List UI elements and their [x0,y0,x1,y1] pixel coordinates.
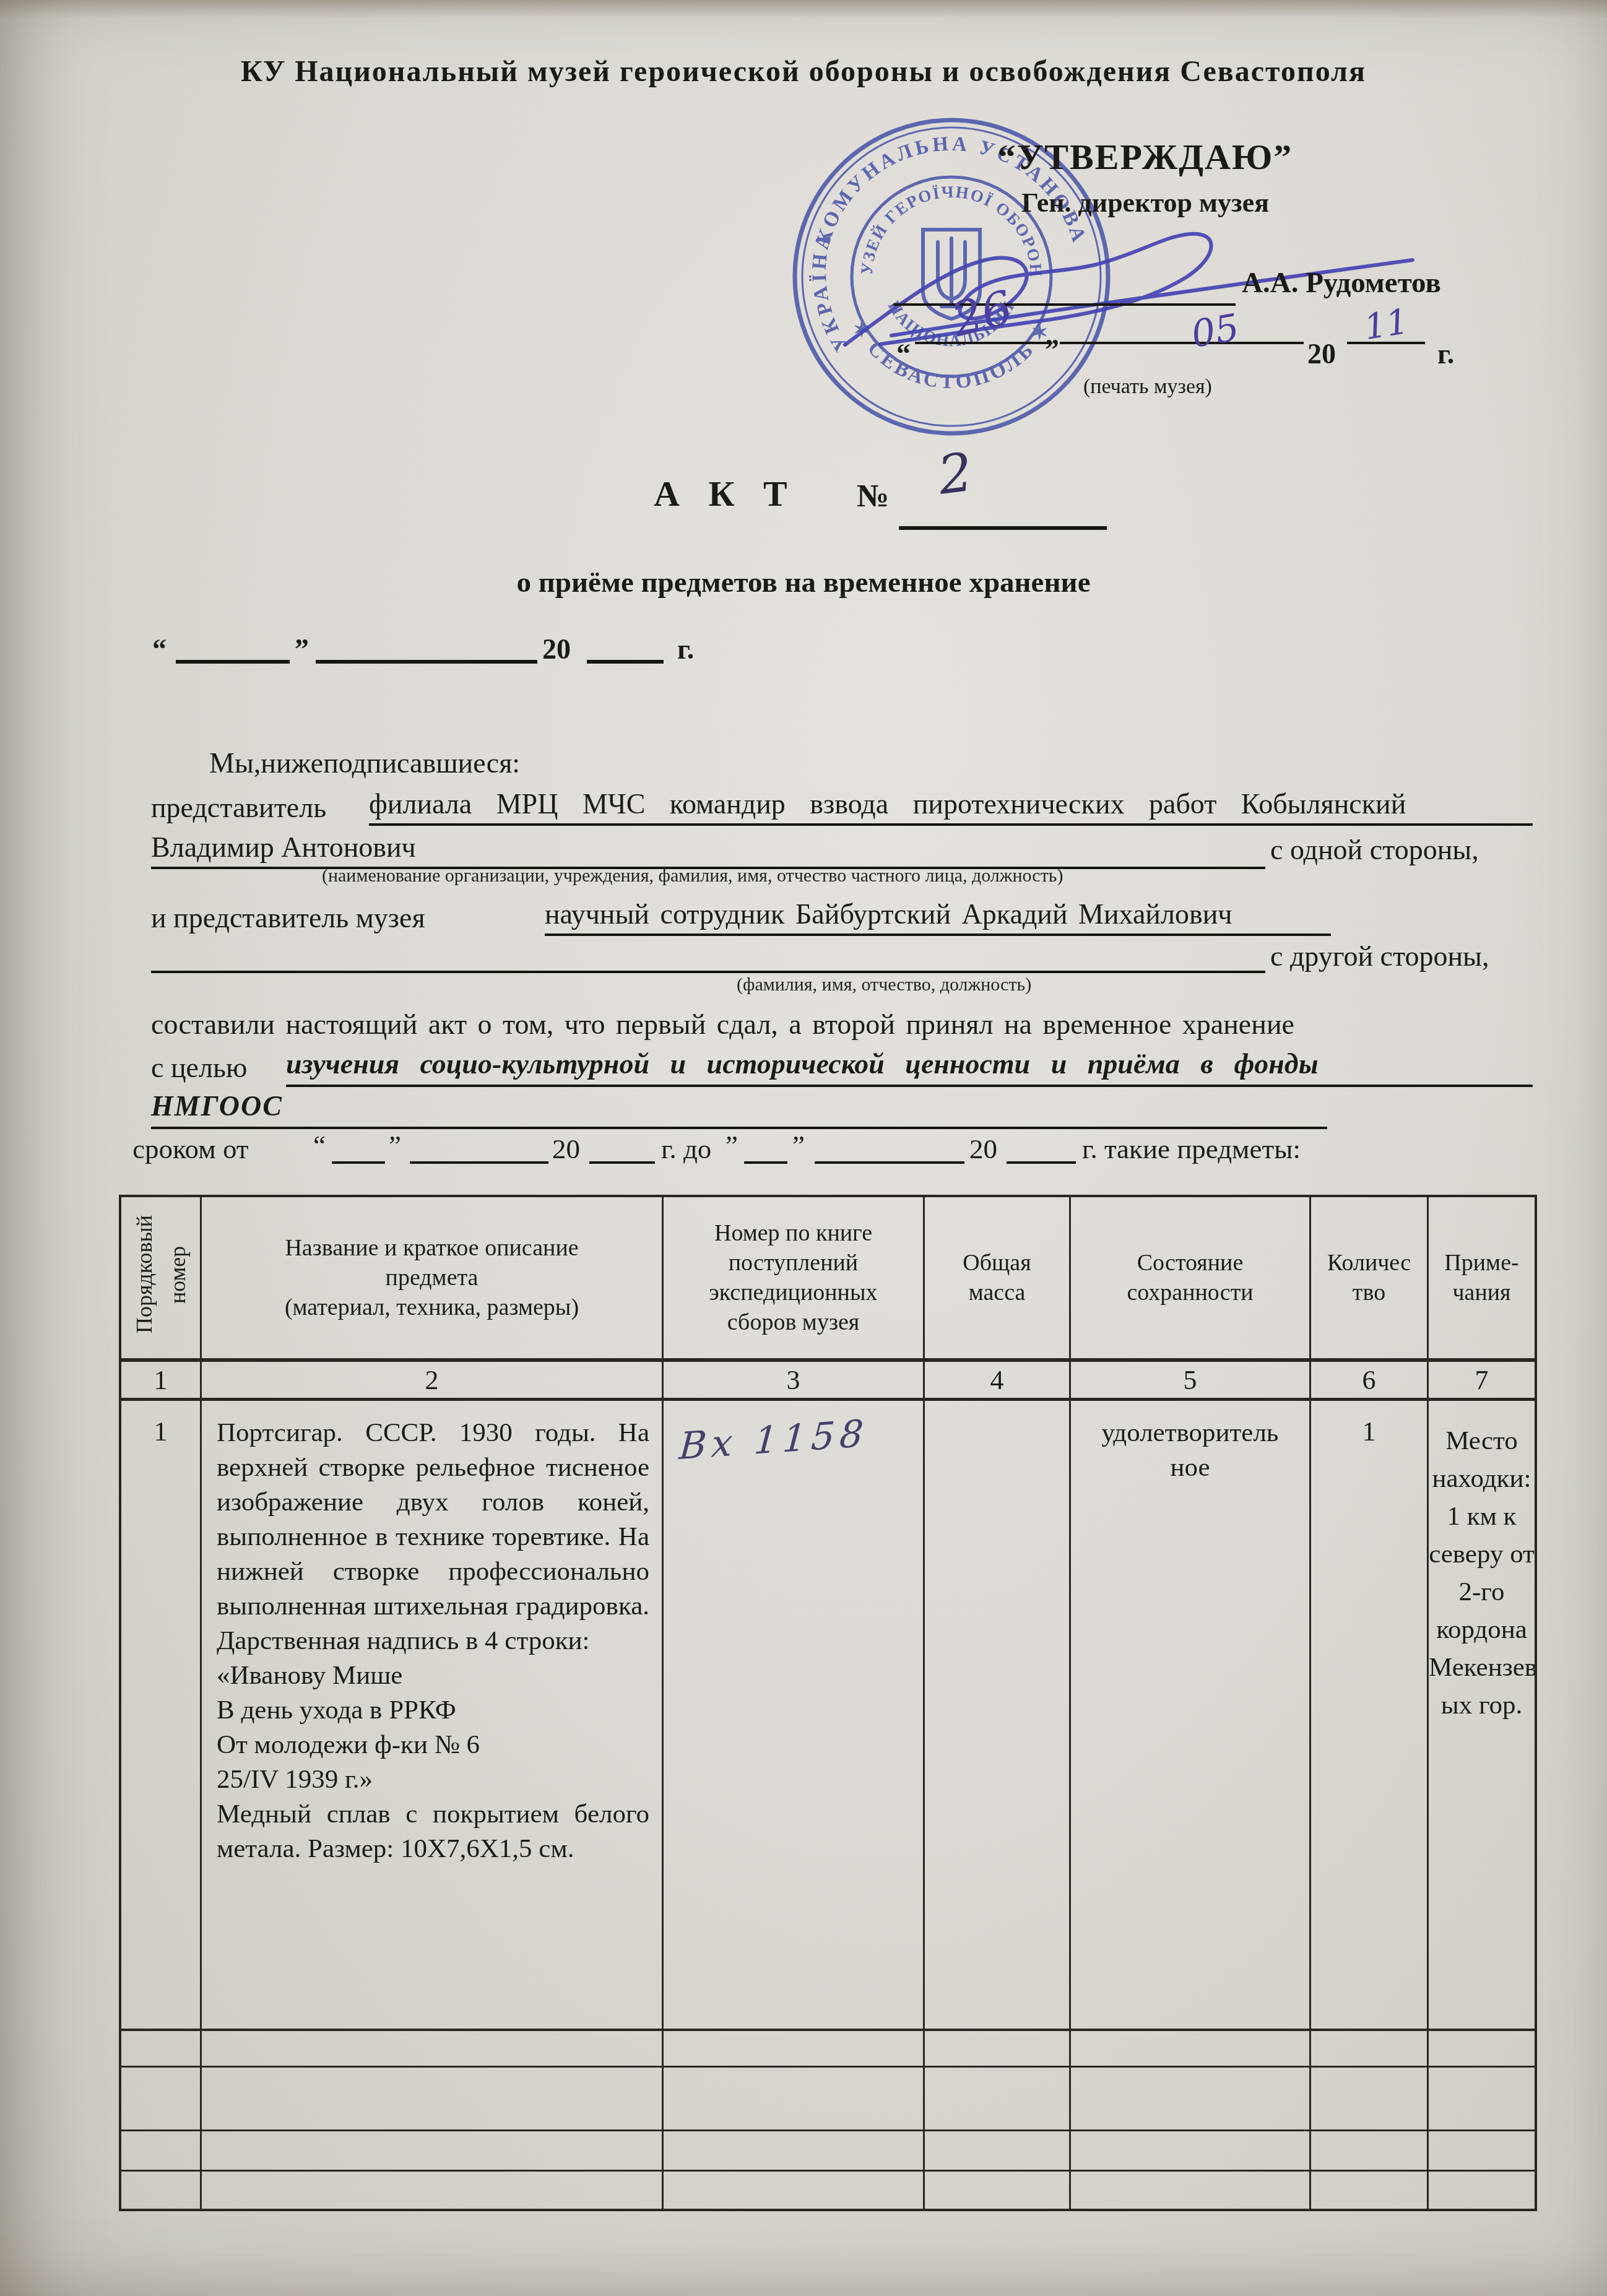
rep2-value: научный сотрудник Байбуртский Аркадий Ми… [545,898,1331,936]
col-number: 3 [664,1362,925,1398]
item-description: Портсигар. СССР. 1930 годы. На верхней с… [202,1401,664,2029]
day-blank-line [915,342,1052,344]
empty-cell [1311,2131,1429,2170]
term-mid: г. до [661,1133,711,1165]
term-year1-line [589,1161,655,1164]
col-header-condition: Состояние сохранности [1071,1197,1311,1358]
approve-role: Ген. директор музея [966,187,1325,219]
empty-cell [202,2068,664,2129]
empty-cell [1071,2031,1311,2066]
empty-table-row [121,2068,1535,2131]
date-close-quote: ” [1045,333,1059,366]
empty-cell [664,2068,925,2129]
blank-date-year-prefix: 20 [542,633,571,665]
col-header-notes: Приме- чания [1429,1197,1535,1358]
seal-caption: (печать музея) [1083,375,1212,399]
items-table: Порядковый номер Название и краткое опис… [119,1195,1537,2211]
item-condition: удолетворитель ное [1071,1401,1311,2029]
col-header-mass: Общая масса [925,1197,1071,1358]
term-month2-line [815,1161,964,1164]
act-subtitle: о приёме предметов на временное хранение [0,566,1607,599]
purpose-value2: НМГООС [151,1090,1327,1129]
empty-table-row [121,2031,1535,2068]
col-number: 7 [1429,1362,1535,1398]
term-month1-line [410,1161,548,1164]
act-number-line [899,526,1107,530]
term-day1-line [332,1161,385,1164]
term-q4: ” [792,1129,805,1161]
item-mass-cell [925,1401,1071,2029]
empty-cell [1429,2172,1535,2209]
term-year2-line [1007,1161,1076,1164]
empty-cell [1429,2131,1535,2170]
purpose-label: с целью [151,1051,247,1084]
empty-cell [664,2131,925,2170]
empty-cell [1071,2172,1311,2209]
col-header-quantity: Количес тво [1311,1197,1429,1358]
empty-table-row [121,2131,1535,2172]
purpose-value: изучения социо-культурной и исторической… [286,1047,1533,1087]
year-prefix: 20 [1307,337,1336,370]
col-number: 2 [202,1362,664,1398]
blank-date-close-quote: ” [295,633,309,665]
empty-cell [925,2031,1071,2066]
date-open-quote: “ [896,337,911,370]
empty-cell [121,2172,202,2209]
rep1-label: представитель [151,791,326,824]
empty-cell [1311,2031,1429,2066]
empty-cell [664,2172,925,2209]
director-name: А.А. Рудометов [1242,266,1441,300]
col-number: 5 [1071,1362,1311,1398]
month-blank-line [1060,342,1304,344]
item-quantity: 1 [1311,1401,1429,2029]
empty-cell [121,2068,202,2129]
empty-cell [202,2131,664,2170]
handwritten-book-number: Вх 1158 [664,1401,925,1470]
act-label: А К Т [654,473,797,514]
empty-table-row [121,2172,1535,2209]
scanned-act-document: КУ Национальный музей героической оборон… [0,0,1607,2296]
term-q3: ” [726,1129,738,1161]
col-header-serial: Порядковый номер [121,1197,202,1358]
term-q1: “ [313,1129,326,1161]
blank-date-day-line [176,660,290,664]
item-serial-number: 1 [121,1401,202,2029]
term-year1-prefix: 20 [552,1133,580,1165]
empty-cell [664,2031,925,2066]
year-letter: г. [1437,337,1454,370]
empty-cell [202,2172,664,2209]
term-day2-line [744,1161,787,1164]
item-description-paragraph: Медный сплав с покрытием белого метала. … [217,1797,649,1866]
blank-date-year-line [587,660,664,664]
table-row-item-1: 1 Портсигар. СССР. 1930 годы. На верхней… [121,1401,1535,2031]
item-description-paragraph: Портсигар. СССР. 1930 годы. На верхней с… [217,1416,649,1658]
empty-cell [1071,2068,1311,2129]
dedication-line: В день ухода в РРКФ [217,1693,649,1728]
item-note: Место находки: 1 км к северу от 2-го кор… [1429,1401,1535,2029]
empty-cell [202,2031,664,2066]
empty-cell [925,2172,1071,2209]
empty-cell [1311,2172,1429,2209]
blank-date-year-letter: г. [677,633,694,665]
item-book-number-cell: Вх 1158 [664,1401,925,2029]
col-header-book-number: Номер по книге поступлений экспедиционны… [664,1197,925,1358]
approve-title: “УТВЕРЖДАЮ” [966,136,1325,178]
empty-cell [925,2131,1071,2170]
side-two-label: с другой стороны, [1270,940,1489,973]
col-number: 1 [121,1362,202,1398]
empty-cell [121,2031,202,2066]
rep2-blank-line [151,971,1265,973]
dedication-line: От молодежи ф-ки № 6 [217,1728,649,1762]
signature-line [893,303,1236,306]
rep2-label: и представитель музея [151,901,425,934]
term-q2: ” [389,1129,401,1161]
empty-cell [925,2068,1071,2129]
term-label: сроком от [132,1133,249,1165]
empty-cell [1429,2068,1535,2129]
empty-cell [121,2131,202,2170]
empty-cell [1071,2131,1311,2170]
term-tail: г. такие предметы: [1082,1133,1301,1165]
term-year2-prefix: 20 [969,1133,997,1165]
side-one-label: с одной стороны, [1270,833,1479,866]
rep1-value2: Владимир Антонович [151,831,1265,869]
dedication-line: 25/IV 1939 г.» [217,1762,649,1797]
handwritten-act-number: 2 [935,441,976,507]
act-statement-line: составили настоящий акт о том, что первы… [151,1008,1294,1041]
col-number: 4 [925,1362,1071,1398]
rep1-caption: (наименование организации, учреждения, ф… [322,865,1063,886]
act-number-sign: № [857,478,889,514]
handwritten-year: 11 [1361,301,1411,348]
empty-cell [1429,2031,1535,2066]
dedication-line: «Иванову Мише [217,1658,649,1693]
org-header: КУ Национальный музей героической оборон… [0,54,1607,89]
empty-cell [1311,2068,1429,2129]
column-numbers-row: 1 2 3 4 5 6 7 [121,1362,1535,1401]
table-header-row: Порядковый номер Название и краткое опис… [121,1197,1535,1362]
rep1-value: филиала МРЦ МЧС командир взвода пиротехн… [369,787,1533,826]
blank-date-open-quote: “ [152,633,167,665]
handwritten-month: 05 [1189,306,1242,357]
blank-date-month-line [316,660,537,664]
col-number: 6 [1311,1362,1429,1398]
rep2-caption: (фамилия, имя, отчество, должность) [737,974,1031,995]
col-header-description: Название и краткое описание предмета (ма… [202,1197,664,1358]
we-undersigned-line: Мы,нижеподписавшиеся: [209,747,520,779]
